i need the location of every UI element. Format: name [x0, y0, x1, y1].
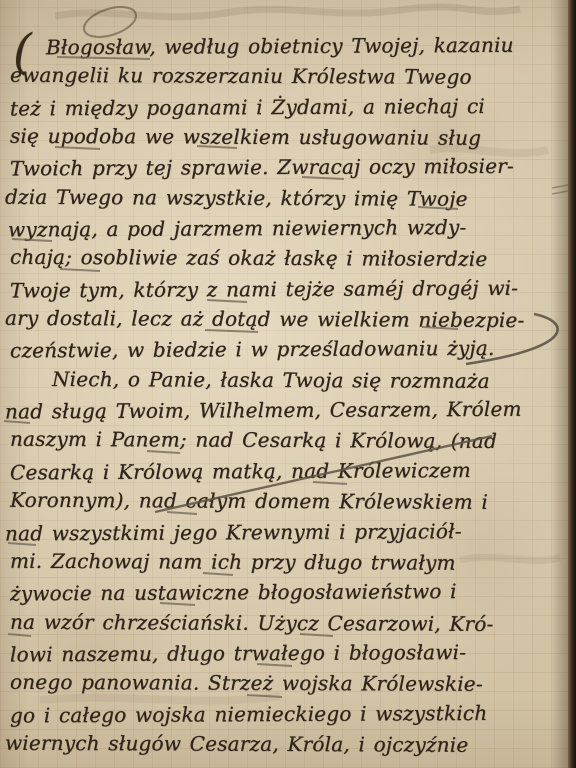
page-edge: [568, 0, 576, 768]
manuscript-line: ary dostali, lecz aż dotąd we wielkiem n…: [0, 303, 576, 336]
manuscript-photo: ( Błogosław, według obietnicy Twojej, ka…: [0, 0, 576, 768]
manuscript-line: chają; osobliwie zaś okaż łaskę i miłosi…: [0, 242, 576, 275]
manuscript-line: Cesarką i Królową matką, nad Królewiczem: [0, 454, 576, 487]
manuscript-line: czeństwie, w biedzie i w prześladowaniu …: [0, 333, 576, 366]
manuscript-line: na wzór chrześciański. Użycz Cesarzowi, …: [0, 606, 576, 639]
manuscript-line: dzia Twego na wszystkie, którzy imię Two…: [0, 181, 576, 214]
manuscript-line: ewangelii ku rozszerzaniu Królestwa Tweg…: [0, 60, 576, 93]
manuscript-line: naszym i Panem; nad Cesarką i Królową, (…: [0, 424, 576, 457]
manuscript-line: Błogosław, według obietnicy Twojej, kaza…: [0, 29, 576, 62]
manuscript-line: Koronnym), nad całym domem Królewskiem i: [0, 485, 576, 518]
manuscript-line: nad wszystkimi jego Krewnymi i przyjació…: [0, 515, 576, 548]
manuscript-line: onego panowania. Strzeż wojska Królewski…: [0, 667, 576, 700]
manuscript-line: nad sługą Twoim, Wilhelmem, Cesarzem, Kr…: [0, 394, 576, 427]
manuscript-line: żywocie na ustawiczne błogosławieństwo i: [0, 576, 576, 609]
manuscript-line: Twoich przy tej sprawie. Zwracaj oczy mi…: [0, 151, 576, 184]
manuscript-line: Niech, o Panie, łaska Twoja się rozmnaża: [0, 364, 576, 397]
manuscript-line: Twoje tym, którzy z nami tejże saméj dro…: [0, 272, 576, 305]
manuscript-line: też i między poganami i Żydami, a niecha…: [0, 90, 576, 123]
handwritten-text: Błogosław, według obietnicy Twojej, kaza…: [0, 31, 576, 759]
manuscript-line: się upodoba we wszelkiem usługowaniu słu…: [0, 121, 576, 154]
manuscript-line: go i całego wojska niemieckiego i wszyst…: [0, 697, 576, 730]
manuscript-line: wiernych sługów Cesarza, Króla, i ojczyź…: [0, 728, 576, 761]
manuscript-line: lowi naszemu, długo trwałego i błogosław…: [0, 636, 576, 669]
manuscript-line: mi. Zachowaj nam ich przy długo trwałym: [0, 546, 576, 579]
manuscript-line: wyznają, a pod jarzmem niewiernych wzdy-: [0, 212, 576, 245]
